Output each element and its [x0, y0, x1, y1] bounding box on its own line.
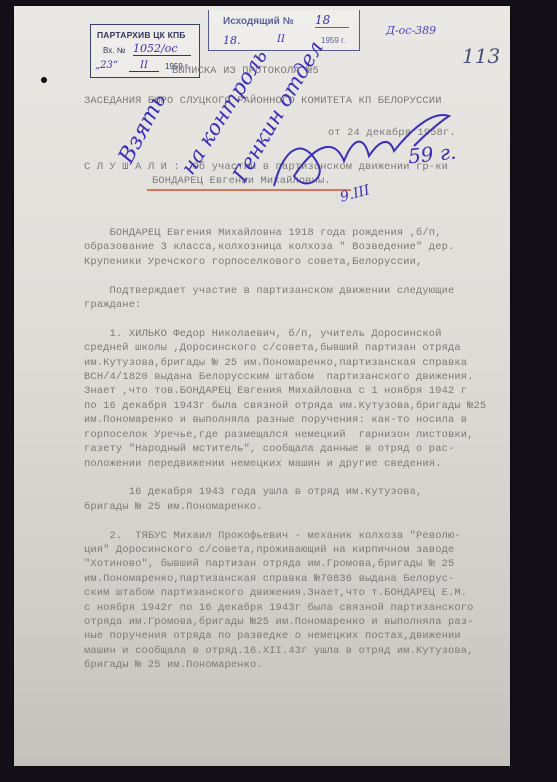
document-body: БОНДАРЕЦ Евгения Михайловна 1918 года ро… — [84, 226, 486, 673]
stamp-day: „23“ — [95, 60, 118, 71]
punch-hole — [41, 77, 47, 83]
stamp-header: ПАРТАРХИВ ЦК КПБ — [97, 30, 186, 40]
archive-reference: Д-ос-389 — [386, 24, 436, 37]
stamp-month: II — [277, 34, 285, 45]
stamp-number-label: Вх. № — [103, 46, 125, 55]
stamp-header: Исходящий № — [223, 16, 294, 27]
document-page: ПАРТАРХИВ ЦК КПБ Вх. № 1052/ос „23“ II 1… — [14, 6, 510, 766]
stamp-number-value: 1052/ос — [133, 42, 191, 56]
stamp-year: 1959 г. — [321, 36, 345, 45]
page-number: 113 — [462, 44, 500, 68]
stamp-number-value: 18 — [315, 13, 349, 28]
stamp-month: II — [129, 60, 159, 72]
stamp-day: 18. — [223, 34, 241, 47]
handwritten-year: 59 г. — [407, 140, 458, 169]
outgoing-stamp: Исходящий № 18 18. II 1959 г. — [208, 10, 360, 51]
